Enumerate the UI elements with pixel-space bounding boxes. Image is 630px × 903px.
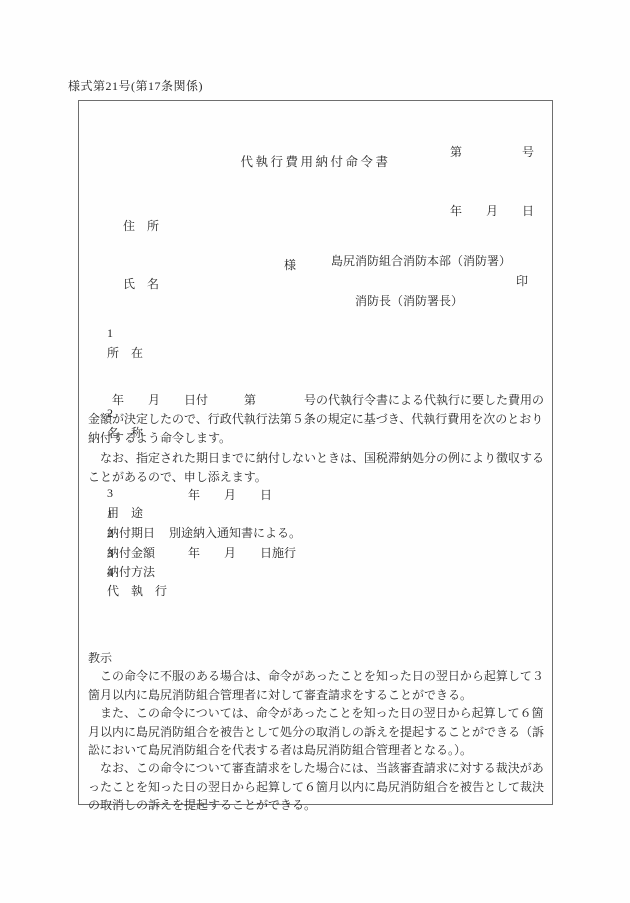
instruction-paragraph-2: また、この命令については、命令があったことを知った日の翌日から起算して６箇月以内… (88, 704, 548, 759)
property-item-row: 1 所 在 (83, 303, 143, 383)
instruction-paragraph-3: なお、この命令について審査請求をした場合には、当該審査請求に対する裁決があったこ… (88, 759, 548, 814)
order-paragraph-2: なお、指定された期日までに納付しないときは、国税滞納処分の例により徴収することが… (88, 449, 548, 487)
issuer-block: 島尻消防組合消防本部（消防署） 消防長（消防署長） 印 (331, 251, 511, 351)
doc-date-line: 年 月 日 (450, 202, 534, 222)
addressee-honorific: 様 (284, 256, 296, 276)
payment-item-value: 年 月 日施行 (188, 544, 296, 563)
document-header: 第 号 年 月 日 (450, 104, 534, 260)
order-body: 年 月 日付 第 号の代執行令書による代執行に要した費用の金額が決定したので、行… (88, 391, 548, 487)
document-title: 代執行費用納付命令書 (79, 152, 552, 170)
payment-item-row: 3 納付方法 別途納入通知書による。 (83, 524, 167, 543)
address-label: 住 所 (123, 219, 159, 233)
payment-item-value: 別途納入通知書による。 (169, 524, 301, 543)
payment-item-row: 1 納付期日 年 月 日 (83, 486, 167, 505)
address-row: 住 所 (99, 197, 159, 256)
property-item-label: 所 在 (107, 346, 143, 360)
payment-item-number: 4 (107, 563, 125, 582)
payment-item-row: 2 納付金額 (83, 505, 167, 524)
form-number-label: 様式第21号(第17条関係) (68, 77, 203, 94)
property-item-number: 1 (107, 323, 125, 343)
payment-item-row: 4 代 執 行 年 月 日施行 (83, 544, 167, 563)
payment-item-value: 年 月 日 (188, 486, 272, 505)
issuer-position-title: 消防長（消防署長） (355, 294, 463, 308)
issuer-title-row: 消防長（消防署長） 印 (331, 271, 511, 351)
instruction-paragraph-1: この命令に不服のある場合は、命令があったことを知った日の翌日から起算して３箇月以… (88, 667, 548, 704)
payment-item-label: 代 執 行 (107, 584, 167, 598)
appeal-instruction-block: 教示 この命令に不服のある場合は、命令があったことを知った日の翌日から起算して３… (88, 649, 548, 815)
instruction-heading: 教示 (88, 649, 548, 667)
order-paragraph-1: 年 月 日付 第 号の代執行令書による代執行に要した費用の金額が決定したので、行… (88, 391, 548, 449)
seal-mark: 印 (516, 271, 528, 291)
document-frame: 第 号 年 月 日 代執行費用納付命令書 住 所 氏 名 様 島尻消防組合消防本… (78, 100, 553, 805)
payment-terms-list: 1 納付期日 年 月 日 2 納付金額 3 納付方法 別途納入通知書による。 4… (83, 486, 167, 563)
name-label: 氏 名 (123, 277, 159, 291)
issuer-organization: 島尻消防組合消防本部（消防署） (331, 251, 511, 271)
document-page: 様式第21号(第17条関係) 第 号 年 月 日 代執行費用納付命令書 住 所 … (0, 0, 630, 903)
